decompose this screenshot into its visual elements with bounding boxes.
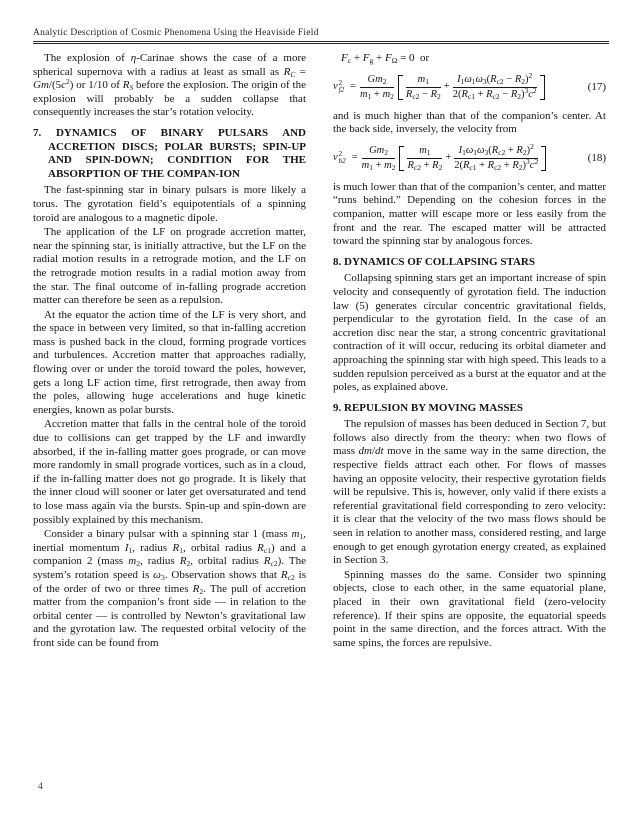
inner-fraction-1: m1 Rc2 − R2 [406, 74, 441, 101]
variable: v [333, 152, 338, 164]
right-bracket [541, 146, 546, 171]
two-column-layout: The explosion of η-Carinae shows the cas… [33, 52, 609, 652]
paragraph: and is much higher than that of the comp… [333, 110, 606, 137]
section-title: DYNAMICS OF COLLAPSING STARS [344, 256, 535, 268]
left-bracket [398, 75, 403, 100]
paper-page: Analytic Description of Cosmic Phenomena… [0, 0, 638, 826]
outer-fraction: Gm2 m1 + m2 [362, 145, 396, 172]
right-column: Fc + Fg + FΩ = 0 or v2f2 = Gm2 m1 + m2 m… [333, 52, 606, 652]
section-heading-9: 9. REPULSION BY MOVING MASSES [333, 402, 606, 416]
running-header: Analytic Description of Cosmic Phenomena… [33, 28, 609, 44]
section-title: REPULSION BY MOVING MASSES [344, 402, 523, 414]
outer-fraction: Gm2 m1 + m2 [360, 74, 394, 101]
page-number: 4 [38, 782, 43, 792]
paragraph: The fast-spinning star in binary pulsars… [33, 184, 306, 225]
section-number: 9. [333, 402, 341, 414]
sup-sub-stack: 2f2 [339, 80, 344, 95]
section-heading-8: 8. DYNAMICS OF COLLAPSING STARS [333, 256, 606, 270]
equals-sign: = [350, 81, 356, 93]
section-number: 8. [333, 256, 341, 268]
equals-sign: = [352, 152, 358, 164]
inner-fraction-1: m1 Rc2 + R2 [407, 145, 442, 172]
equation-intro: Fc + Fg + FΩ = 0 or [333, 52, 606, 66]
section-number: 7. [33, 127, 41, 139]
left-column: The explosion of η-Carinae shows the cas… [33, 52, 306, 652]
equation-17: v2f2 = Gm2 m1 + m2 m1 Rc2 − R2 + I1ω1ω3(… [333, 74, 606, 101]
plus-sign: + [444, 81, 450, 93]
sup-sub-stack: 2b2 [339, 151, 346, 166]
plus-sign: + [445, 152, 451, 164]
paragraph: The explosion of η-Carinae shows the cas… [33, 52, 306, 120]
variable: v [333, 81, 338, 93]
section-heading-7: 7. DYNAMICS OF BINARY PULSARS AND ACCRET… [33, 127, 306, 181]
paragraph: The repulsion of masses has been deduced… [333, 418, 606, 568]
right-bracket [540, 75, 545, 100]
equation-lhs: v2b2 = [333, 151, 362, 166]
section-title: DYNAMICS OF BINARY PULSARS AND ACCRETION… [48, 127, 306, 180]
paragraph: Accretion matter that falls in the centr… [33, 418, 306, 527]
equation-number: (17) [584, 81, 606, 93]
equation-number: (18) [584, 152, 606, 164]
inner-fraction-2: I1ω1ω3(Rc2 + R2)2 2(Rc1 + Rc2 + R2)3c2 [454, 145, 538, 172]
paragraph: Collapsing spinning stars get an importa… [333, 272, 606, 394]
equation-18: v2b2 = Gm2 m1 + m2 m1 Rc2 + R2 + I1ω1ω3(… [333, 145, 606, 172]
paragraph: The application of the LF on prograde ac… [33, 226, 306, 308]
left-bracket [399, 146, 404, 171]
inner-fraction-2: I1ω1ω3(Rc2 − R2)2 2(Rc1 + Rc2 − R2)3c2 [453, 74, 537, 101]
paragraph: At the equator the action time of the LF… [33, 309, 306, 418]
paragraph: Consider a binary pulsar with a spinning… [33, 528, 306, 650]
equation-lhs: v2f2 = [333, 80, 360, 95]
paragraph: is much lower than that of the companion… [333, 181, 606, 249]
paragraph: Spinning masses do the same. Consider tw… [333, 569, 606, 651]
